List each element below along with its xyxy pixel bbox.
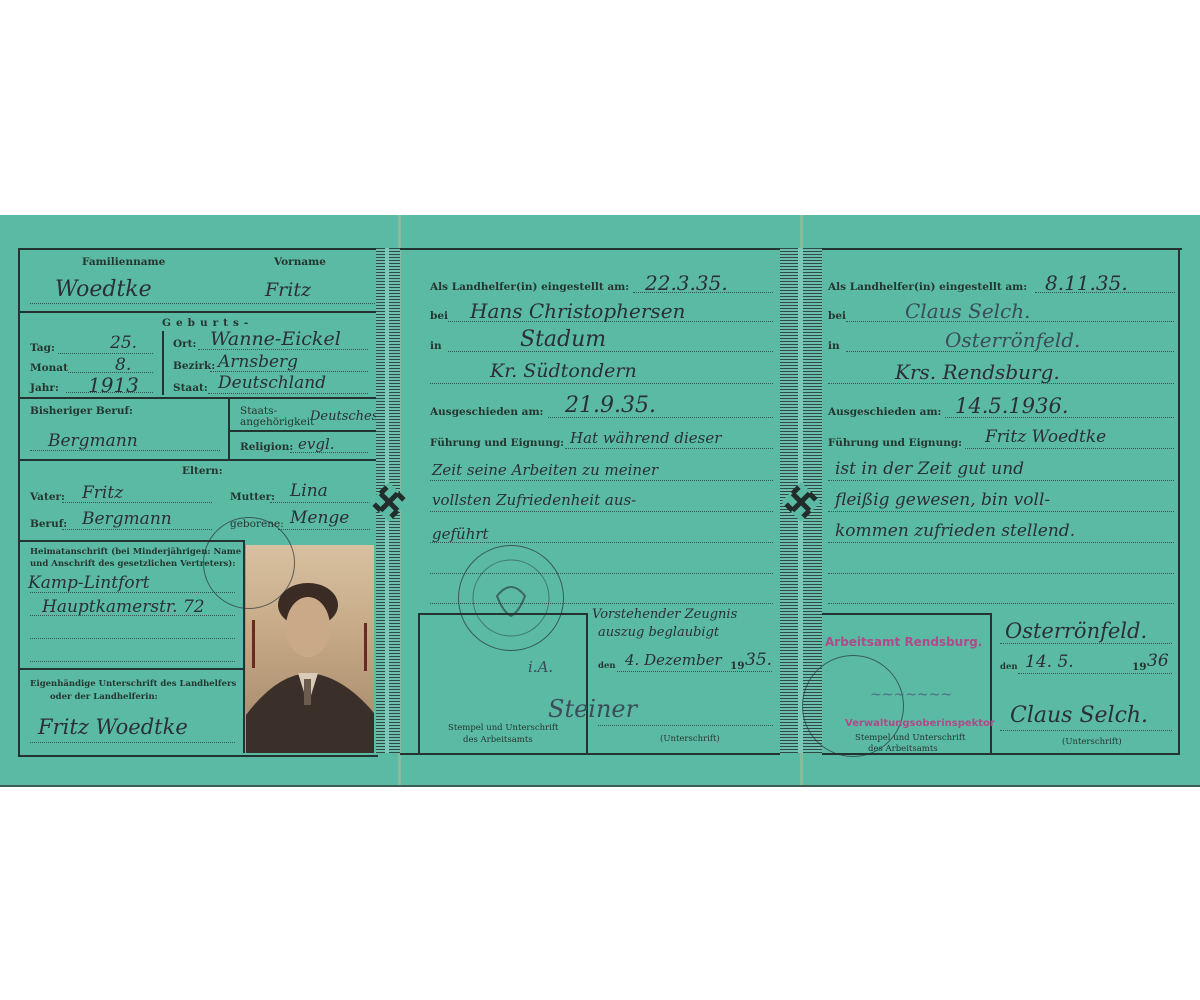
right-den-label: den — [1000, 662, 1018, 672]
mid-stamp-label-2: des Arbeitsamts — [463, 735, 533, 745]
ort-value: Wanne-Eickel — [210, 328, 341, 350]
religion-label: Religion: — [240, 441, 293, 453]
monat-label: Monat — [30, 362, 68, 374]
right-year-prefix: 19 — [1132, 661, 1147, 673]
mid-fuehrung-line-2: Zeit seine Arbeiten zu meiner — [432, 461, 658, 479]
beruf-label: Bisheriger Beruf: — [30, 405, 133, 417]
right-in-value: Osterrönfeld. — [945, 328, 1080, 352]
familienname-value: Woedtke — [55, 277, 152, 302]
landhelfer-card: Familienname Vorname Woedtke Fritz Gebur… — [0, 215, 1200, 787]
right-fuehrung-line-2: ist in der Zeit gut und — [835, 459, 1024, 479]
staat-label: Staat: — [173, 382, 208, 394]
right-bei-label: bei — [828, 310, 846, 322]
mid-stamp-box — [418, 613, 588, 755]
right-ausgeschieden-value: 14.5.1936. — [955, 394, 1069, 418]
beglaubigt-line-2: auszug beglaubigt — [598, 625, 719, 640]
jahr-value: 1913 — [88, 373, 139, 397]
ort-label: Ort: — [173, 338, 196, 350]
mid-eingestellt-label: Als Landhelfer(in) eingestellt am: — [430, 281, 629, 293]
inspektor-stamp: Verwaltungsoberinspektor — [845, 718, 995, 729]
signature-label-1: Eigenhändige Unterschrift des Landhelfer… — [30, 679, 236, 689]
ia-note: i.A. — [528, 658, 553, 676]
arbeitsamt-signature: Steiner — [548, 695, 637, 723]
bezirk-label: Bezirk: — [173, 360, 215, 372]
employer-signature: Claus Selch. — [1010, 703, 1148, 728]
staats-value: Deutsches — [310, 409, 378, 424]
jahr-label: Jahr: — [30, 382, 59, 394]
right-fuehrung-line-3: fleißig gewesen, bin voll- — [835, 490, 1050, 510]
angehoerigkeit-label: angehörigkeit — [240, 416, 314, 428]
right-place-value: Osterrönfeld. — [1005, 619, 1147, 643]
mid-ausgeschieden-value: 21.9.35. — [565, 393, 656, 418]
mid-bei-value: Hans Christophersen — [470, 299, 685, 323]
heimat-line-1: Kamp-Lintfort — [28, 573, 150, 593]
mid-in-value-2: Kr. Südtondern — [490, 360, 637, 382]
mid-unterschrift-label: (Unterschrift) — [660, 734, 720, 744]
geborene-value: Menge — [290, 508, 349, 528]
right-eingestellt-label: Als Landhelfer(in) eingestellt am: — [828, 281, 1027, 293]
mid-fuehrung-line-4: geführt — [432, 525, 489, 543]
tag-value: 25. — [110, 333, 137, 353]
staat-value: Deutschland — [218, 373, 326, 393]
mid-bei-label: bei — [430, 310, 448, 322]
mid-fuehrung-line-1: Hat während dieser — [570, 429, 721, 447]
mid-den-value: 4. Dezember — [625, 651, 722, 669]
office-stamp-left — [203, 517, 295, 609]
mid-in-label: in — [430, 340, 442, 352]
familienname-label: Familienname — [82, 256, 165, 268]
beglaubigt-line-1: Vorstehender Zeugnis — [592, 607, 737, 622]
tag-label: Tag: — [30, 342, 55, 354]
vater-label: Vater: — [30, 491, 65, 503]
mid-in-value: Stadum — [520, 327, 606, 352]
heimat-line-2: Hauptkamerstr. 72 — [42, 597, 205, 617]
right-in-value-2: Krs. Rendsburg. — [895, 360, 1060, 384]
eltern-beruf-value: Bergmann — [82, 509, 172, 529]
right-in-label: in — [828, 340, 840, 352]
mid-fuehrung-line-3: vollsten Zufriedenheit aus- — [432, 491, 636, 509]
arbeitsamt-rendsburg-stamp: Arbeitsamt Rendsburg. — [825, 635, 982, 649]
right-stamp-label-1: Stempel und Unterschrift — [855, 733, 965, 743]
right-ausgeschieden-label: Ausgeschieden am: — [828, 406, 941, 418]
swastika-emblem-icon — [369, 482, 409, 522]
religion-value: evgl. — [298, 435, 335, 453]
vorname-value: Fritz — [265, 279, 311, 301]
mutter-label: Mutter: — [230, 491, 275, 503]
right-year-value: 36 — [1147, 651, 1169, 671]
right-fuehrung-label: Führung und Eignung: — [828, 437, 962, 449]
right-unterschrift-label: (Unterschrift) — [1062, 737, 1122, 747]
vater-value: Fritz — [82, 483, 123, 503]
beruf-value: Bergmann — [48, 431, 138, 451]
mutter-value: Lina — [290, 481, 328, 501]
mid-stamp-label-1: Stempel und Unterschrift — [448, 723, 558, 733]
holder-signature: Fritz Woedtke — [38, 715, 188, 739]
right-den-value: 14. 5. — [1025, 652, 1074, 672]
mid-den-label: den — [598, 661, 616, 671]
bezirk-value: Arnsberg — [218, 352, 298, 372]
vorname-label: Vorname — [274, 256, 326, 268]
right-stamp-label-2: des Arbeitsamts — [868, 744, 938, 754]
inspector-signature: ~~~~~~~ — [870, 687, 952, 703]
right-bei-value: Claus Selch. — [905, 299, 1031, 323]
mid-year-value: 35. — [745, 650, 772, 670]
right-fuehrung-line-1: Fritz Woedtke — [985, 427, 1106, 447]
right-fuehrung-line-4: kommen zufrieden stellend. — [835, 521, 1075, 541]
mid-fuehrung-label: Führung und Eignung: — [430, 437, 564, 449]
eltern-label: Eltern: — [182, 465, 223, 477]
swastika-emblem-icon — [781, 482, 821, 522]
signature-label-2: oder der Landhelferin: — [50, 692, 158, 702]
mid-ausgeschieden-label: Ausgeschieden am: — [430, 406, 543, 418]
